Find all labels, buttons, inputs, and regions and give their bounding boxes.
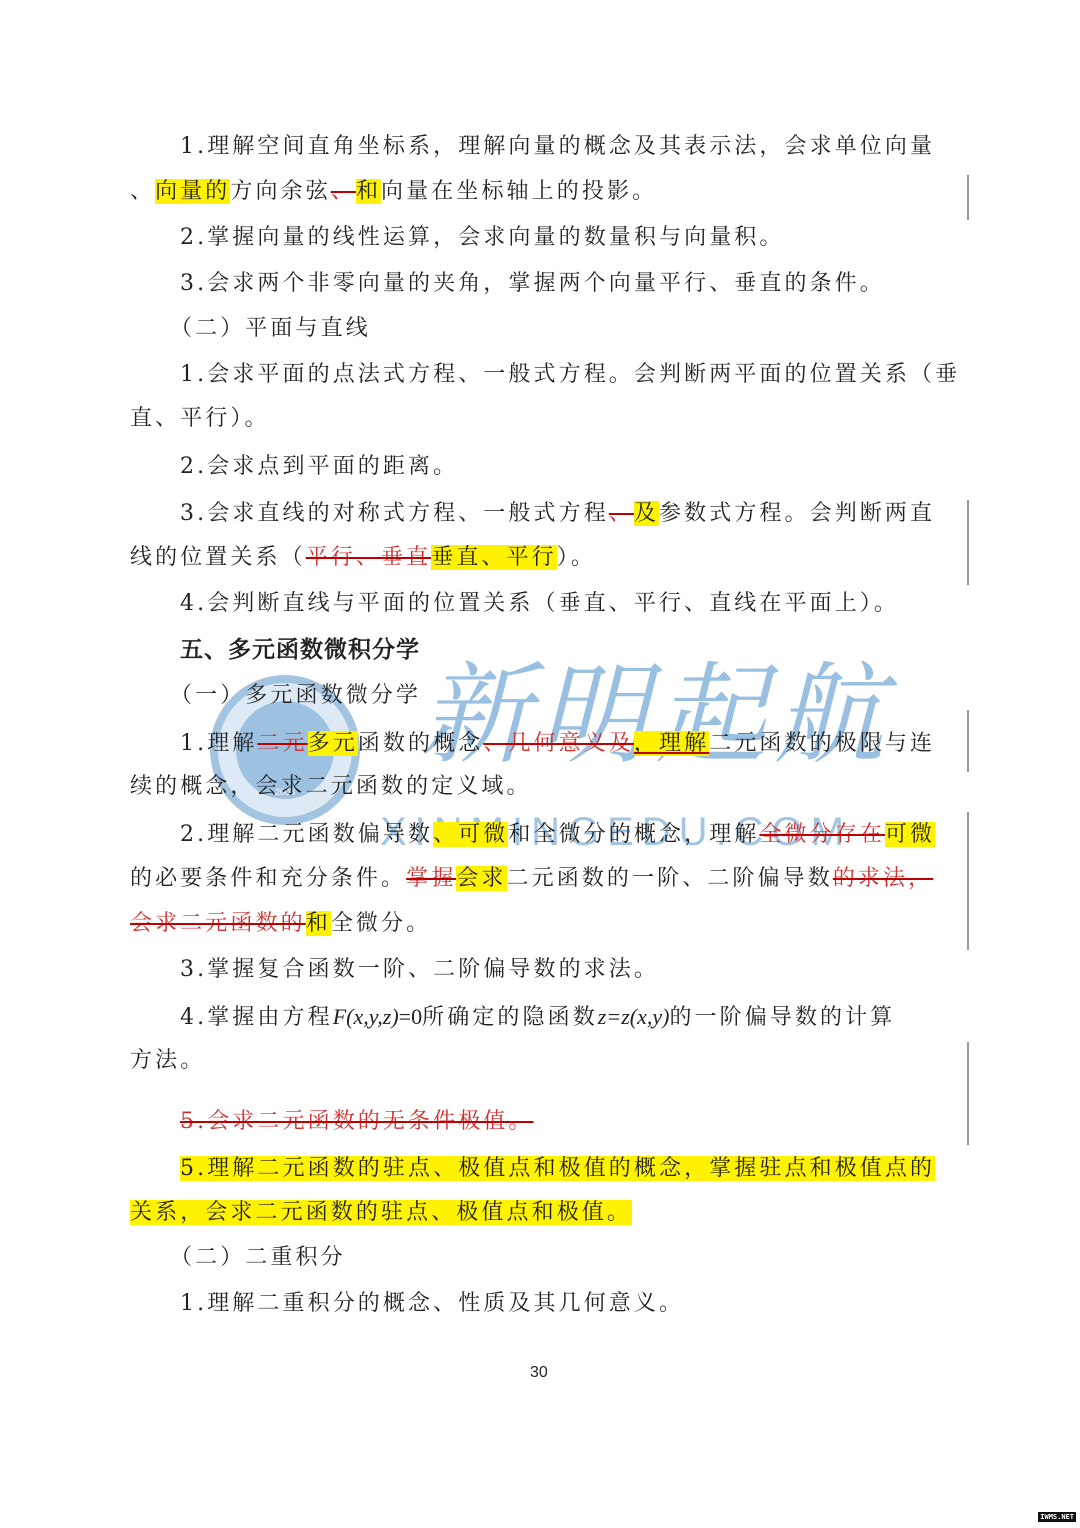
paragraph-plane-2: 2.会求点到平面的距离。 [180, 452, 1000, 482]
paragraph-diff-2-cont: 的必要条件和充分条件。掌握会求二元函数的一阶、二阶偏导数的求法， [130, 864, 950, 894]
inserted-text: 多元 [308, 731, 358, 756]
paragraph-diff-1-cont: 续的概念，会求二元函数的定义域。 [130, 772, 950, 802]
math-expression: z=z(x,y) [598, 1004, 670, 1029]
subsection-heading-plane-line: （二）平面与直线 [170, 314, 990, 344]
change-bar [967, 1042, 969, 1145]
deleted-text: 、几何意义及 [483, 731, 634, 756]
paragraph-diff-4-cont: 方法。 [130, 1046, 950, 1076]
change-bar [967, 812, 969, 950]
source-watermark: IWMS.NET [1038, 1512, 1076, 1522]
inserted-text: 向量的 [155, 179, 230, 204]
change-bar [967, 175, 969, 220]
paragraph-plane-1: 1.会求平面的点法式方程、一般式方程。会判断两平面的位置关系（垂 [180, 360, 1000, 390]
inserted-text: 和 [306, 911, 331, 936]
inserted-text: 及 [634, 501, 659, 526]
paragraph-diff-2-cont2: 会求二元函数的和全微分。 [130, 909, 950, 939]
paragraph-vector-1: 1.理解空间直角坐标系，理解向量的概念及其表示法，会求单位向量 [180, 132, 1000, 162]
inserted-paragraph-diff-5-cont: 关系，会求二元函数的驻点、极值点和极值。 [130, 1198, 950, 1228]
subsection-heading-double-integral: （二）二重积分 [170, 1243, 990, 1273]
deleted-text: 掌握 [406, 866, 456, 891]
change-bar [967, 710, 969, 772]
paragraph-diff-3: 3.掌握复合函数一阶、二阶偏导数的求法。 [180, 955, 1000, 985]
document-page: 2008 新明起航 XINMINGEDU.COM 1.理解空间直角坐标系，理解向… [0, 0, 1080, 1528]
inserted-text: ，理解 [634, 731, 709, 756]
inserted-text: 和 [356, 179, 381, 204]
paragraph-plane-3: 3.会求直线的对称式方程、一般式方程、及参数式方程。会判断两直 [180, 499, 1000, 529]
paragraph-diff-1: 1.理解二元多元函数的概念、几何意义及，理解二元函数的极限与连 [180, 729, 1000, 759]
deleted-text: 全微分存在 [759, 822, 885, 847]
paragraph-vector-3: 3.会求两个非零向量的夹角，掌握两个向量平行、垂直的条件。 [180, 269, 1000, 299]
inserted-text: 垂直、平行 [431, 545, 557, 570]
paragraph-plane-3-cont: 线的位置关系（平行、垂直垂直、平行）。 [130, 543, 950, 573]
deleted-paragraph-diff-5: 5.会求二元函数的无条件极值。 [180, 1107, 534, 1137]
paragraph-vector-1-cont: 、向量的方向余弦、和向量在坐标轴上的投影。 [130, 177, 950, 207]
paragraph-double-integral-1: 1.理解二重积分的概念、性质及其几何意义。 [180, 1289, 1000, 1319]
deleted-text: 平行、垂直 [306, 545, 432, 570]
deleted-text: 二元 [257, 731, 307, 756]
math-expression: F(x,y,z) [333, 1004, 399, 1029]
inserted-paragraph-diff-5: 5.理解二元函数的驻点、极值点和极值的概念，掌握驻点和极值点的 [180, 1154, 1000, 1184]
paragraph-plane-4: 4.会判断直线与平面的位置关系（垂直、平行、直线在平面上）。 [180, 589, 1000, 619]
deleted-text: 会求二元函数的 [130, 911, 306, 936]
deleted-text: 、 [609, 501, 634, 526]
deleted-text: 的求法， [833, 866, 933, 891]
paragraph-diff-4: 4.掌握由方程F(x,y,z)=0所确定的隐函数z=z(x,y)的一阶偏导数的计… [180, 1002, 1000, 1033]
inserted-text: 会求 [456, 866, 506, 891]
page-number: 30 [530, 1364, 548, 1382]
inserted-text: 、可微 [433, 822, 508, 847]
deleted-text: 、 [331, 179, 356, 204]
inserted-text: 可微 [885, 822, 935, 847]
subsection-heading-differential: （一）多元函数微分学 [170, 681, 990, 711]
paragraph-vector-2: 2.掌握向量的线性运算，会求向量的数量积与向量积。 [180, 223, 1000, 253]
paragraph-diff-2: 2.理解二元函数偏导数、可微和全微分的概念，理解全微分存在可微 [180, 820, 1000, 850]
change-bar [967, 500, 969, 585]
paragraph-plane-1-cont: 直、平行）。 [130, 404, 950, 434]
section-heading-multivariable-calculus: 五、多元函数微积分学 [180, 635, 1000, 665]
